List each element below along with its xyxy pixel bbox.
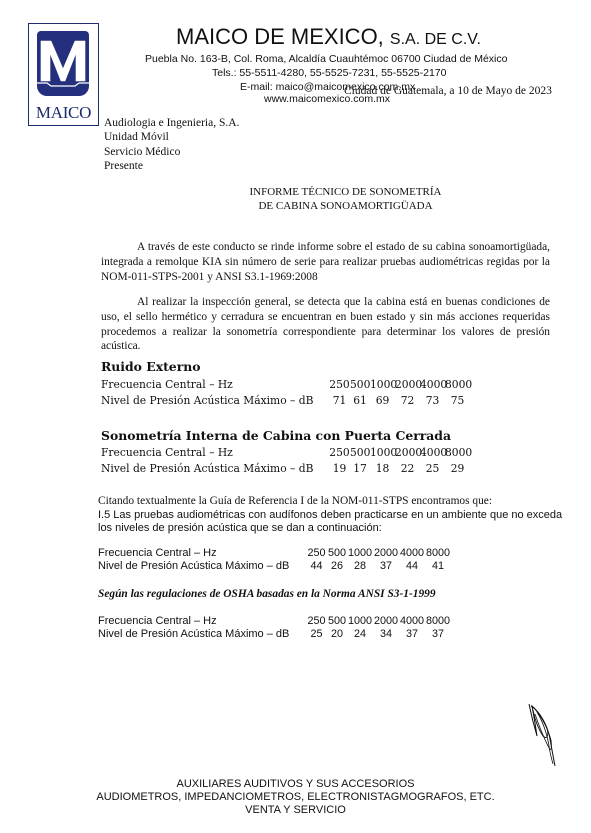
freq-value: 8000 (445, 378, 470, 391)
level-value: 37 (373, 560, 399, 572)
freq-value: 2000 (373, 547, 399, 559)
freq-value: 250 (306, 547, 327, 559)
level-values: 191718222529 (329, 462, 470, 475)
level-value: 61 (350, 394, 370, 407)
freq-value: 1000 (370, 378, 395, 391)
freq-value: 250 (329, 378, 350, 391)
freq-value: 8000 (425, 547, 451, 559)
freq-value: 4000 (420, 378, 445, 391)
footer: AUXILIARES AUDITIVOS Y SUS ACCESORIOS AU… (0, 778, 591, 817)
freq-label: Frecuencia Central – Hz (101, 378, 233, 391)
level-values: 442628374441 (306, 560, 451, 572)
footer-line: AUDIOMETROS, IMPEDANCIOMETROS, ELECTRONI… (0, 791, 591, 804)
company-name: MAICO DE MEXICO, S.A. DE C.V. (176, 24, 481, 50)
citation-quote-line: I.5 Las pruebas audiométricas con audífo… (98, 509, 562, 522)
level-value: 37 (425, 628, 451, 640)
level-value: 73 (420, 394, 445, 407)
date-line: Ciudad de Guatemala, a 10 de Mayo de 202… (344, 85, 552, 97)
level-value: 17 (350, 462, 370, 475)
freq-value: 2000 (395, 378, 420, 391)
freq-label: Frecuencia Central – Hz (101, 446, 233, 459)
freq-value: 2000 (373, 615, 399, 627)
freq-label: Frecuencia Central – Hz (98, 615, 217, 627)
level-values: 252024343737 (306, 628, 451, 640)
addressee-line: Presente (104, 159, 239, 173)
level-value: 25 (306, 628, 327, 640)
level-value: 24 (347, 628, 373, 640)
freq-value: 500 (327, 615, 347, 627)
handwritten-signature-icon (525, 700, 565, 775)
osha-heading: Según las regulaciones de OSHA basadas e… (98, 588, 436, 600)
footer-line: AUXILIARES AUDITIVOS Y SUS ACCESORIOS (0, 778, 591, 791)
company-name-main: MAICO DE MEXICO, (176, 24, 384, 49)
freq-value: 4000 (399, 547, 425, 559)
level-value: 26 (327, 560, 347, 572)
level-value: 28 (347, 560, 373, 572)
freq-value: 8000 (445, 446, 470, 459)
freq-value: 250 (306, 615, 327, 627)
maico-m-logo-icon (37, 31, 89, 96)
report-title-line: DE CABINA SONOAMORTIGÜADA (0, 199, 591, 213)
citation-intro: Citando textualmente la Guía de Referenc… (98, 495, 492, 507)
freq-value: 1000 (347, 547, 373, 559)
freq-value: 1000 (370, 446, 395, 459)
level-label: Nivel de Presión Acústica Máximo – dB (98, 560, 289, 572)
level-value: 44 (399, 560, 425, 572)
freq-label: Frecuencia Central – Hz (98, 547, 217, 559)
level-value: 41 (425, 560, 451, 572)
addressee-line: Audiologia e Ingenieria, S.A. (104, 116, 239, 130)
freq-value: 500 (350, 378, 370, 391)
paragraph-inspection: Al realizar la inspección general, se de… (101, 295, 550, 354)
level-value: 44 (306, 560, 327, 572)
level-value: 22 (395, 462, 420, 475)
level-value: 19 (329, 462, 350, 475)
freq-values: 2505001000200040008000 (329, 378, 470, 391)
freq-value: 4000 (420, 446, 445, 459)
freq-values: 2505001000200040008000 (306, 615, 451, 627)
level-value: 72 (395, 394, 420, 407)
freq-value: 500 (350, 446, 370, 459)
footer-line: VENTA Y SERVICIO (0, 804, 591, 817)
addressee-block: Audiologia e Ingenieria, S.A. Unidad Móv… (104, 116, 239, 173)
level-values: 716169727375 (329, 394, 470, 407)
freq-values: 2505001000200040008000 (306, 547, 451, 559)
section-title-external-noise: Ruido Externo (101, 359, 201, 374)
level-value: 75 (445, 394, 470, 407)
level-value: 18 (370, 462, 395, 475)
level-value: 71 (329, 394, 350, 407)
level-label: Nivel de Presión Acústica Máximo – dB (101, 462, 313, 475)
freq-value: 4000 (399, 615, 425, 627)
citation-quote-line: los niveles de presión acústica que se d… (98, 522, 382, 535)
level-value: 29 (445, 462, 470, 475)
company-name-suffix: S.A. DE C.V. (390, 31, 481, 48)
report-title: INFORME TÉCNICO DE SONOMETRÍA DE CABINA … (0, 185, 591, 213)
logo-text: MAICO (29, 103, 98, 123)
level-value: 20 (327, 628, 347, 640)
freq-value: 1000 (347, 615, 373, 627)
freq-value: 2000 (395, 446, 420, 459)
level-label: Nivel de Presión Acústica Máximo – dB (98, 628, 289, 640)
company-address: Puebla No. 163-B, Col. Roma, Alcaldía Cu… (145, 53, 507, 65)
company-phones: Tels.: 55-5511-4280, 55-5525-7231, 55-55… (212, 67, 446, 79)
freq-value: 8000 (425, 615, 451, 627)
freq-values: 2505001000200040008000 (329, 446, 470, 459)
level-value: 34 (373, 628, 399, 640)
section-title-internal: Sonometría Interna de Cabina con Puerta … (101, 428, 451, 443)
freq-value: 500 (327, 547, 347, 559)
level-value: 69 (370, 394, 395, 407)
addressee-line: Servicio Médico (104, 145, 239, 159)
report-title-line: INFORME TÉCNICO DE SONOMETRÍA (0, 185, 591, 199)
freq-value: 250 (329, 446, 350, 459)
level-label: Nivel de Presión Acústica Máximo – dB (101, 394, 313, 407)
maico-logo: MAICO (28, 23, 99, 126)
paragraph-intro: A través de este conducto se rinde infor… (101, 240, 550, 284)
level-value: 37 (399, 628, 425, 640)
level-value: 25 (420, 462, 445, 475)
addressee-line: Unidad Móvil (104, 130, 239, 144)
